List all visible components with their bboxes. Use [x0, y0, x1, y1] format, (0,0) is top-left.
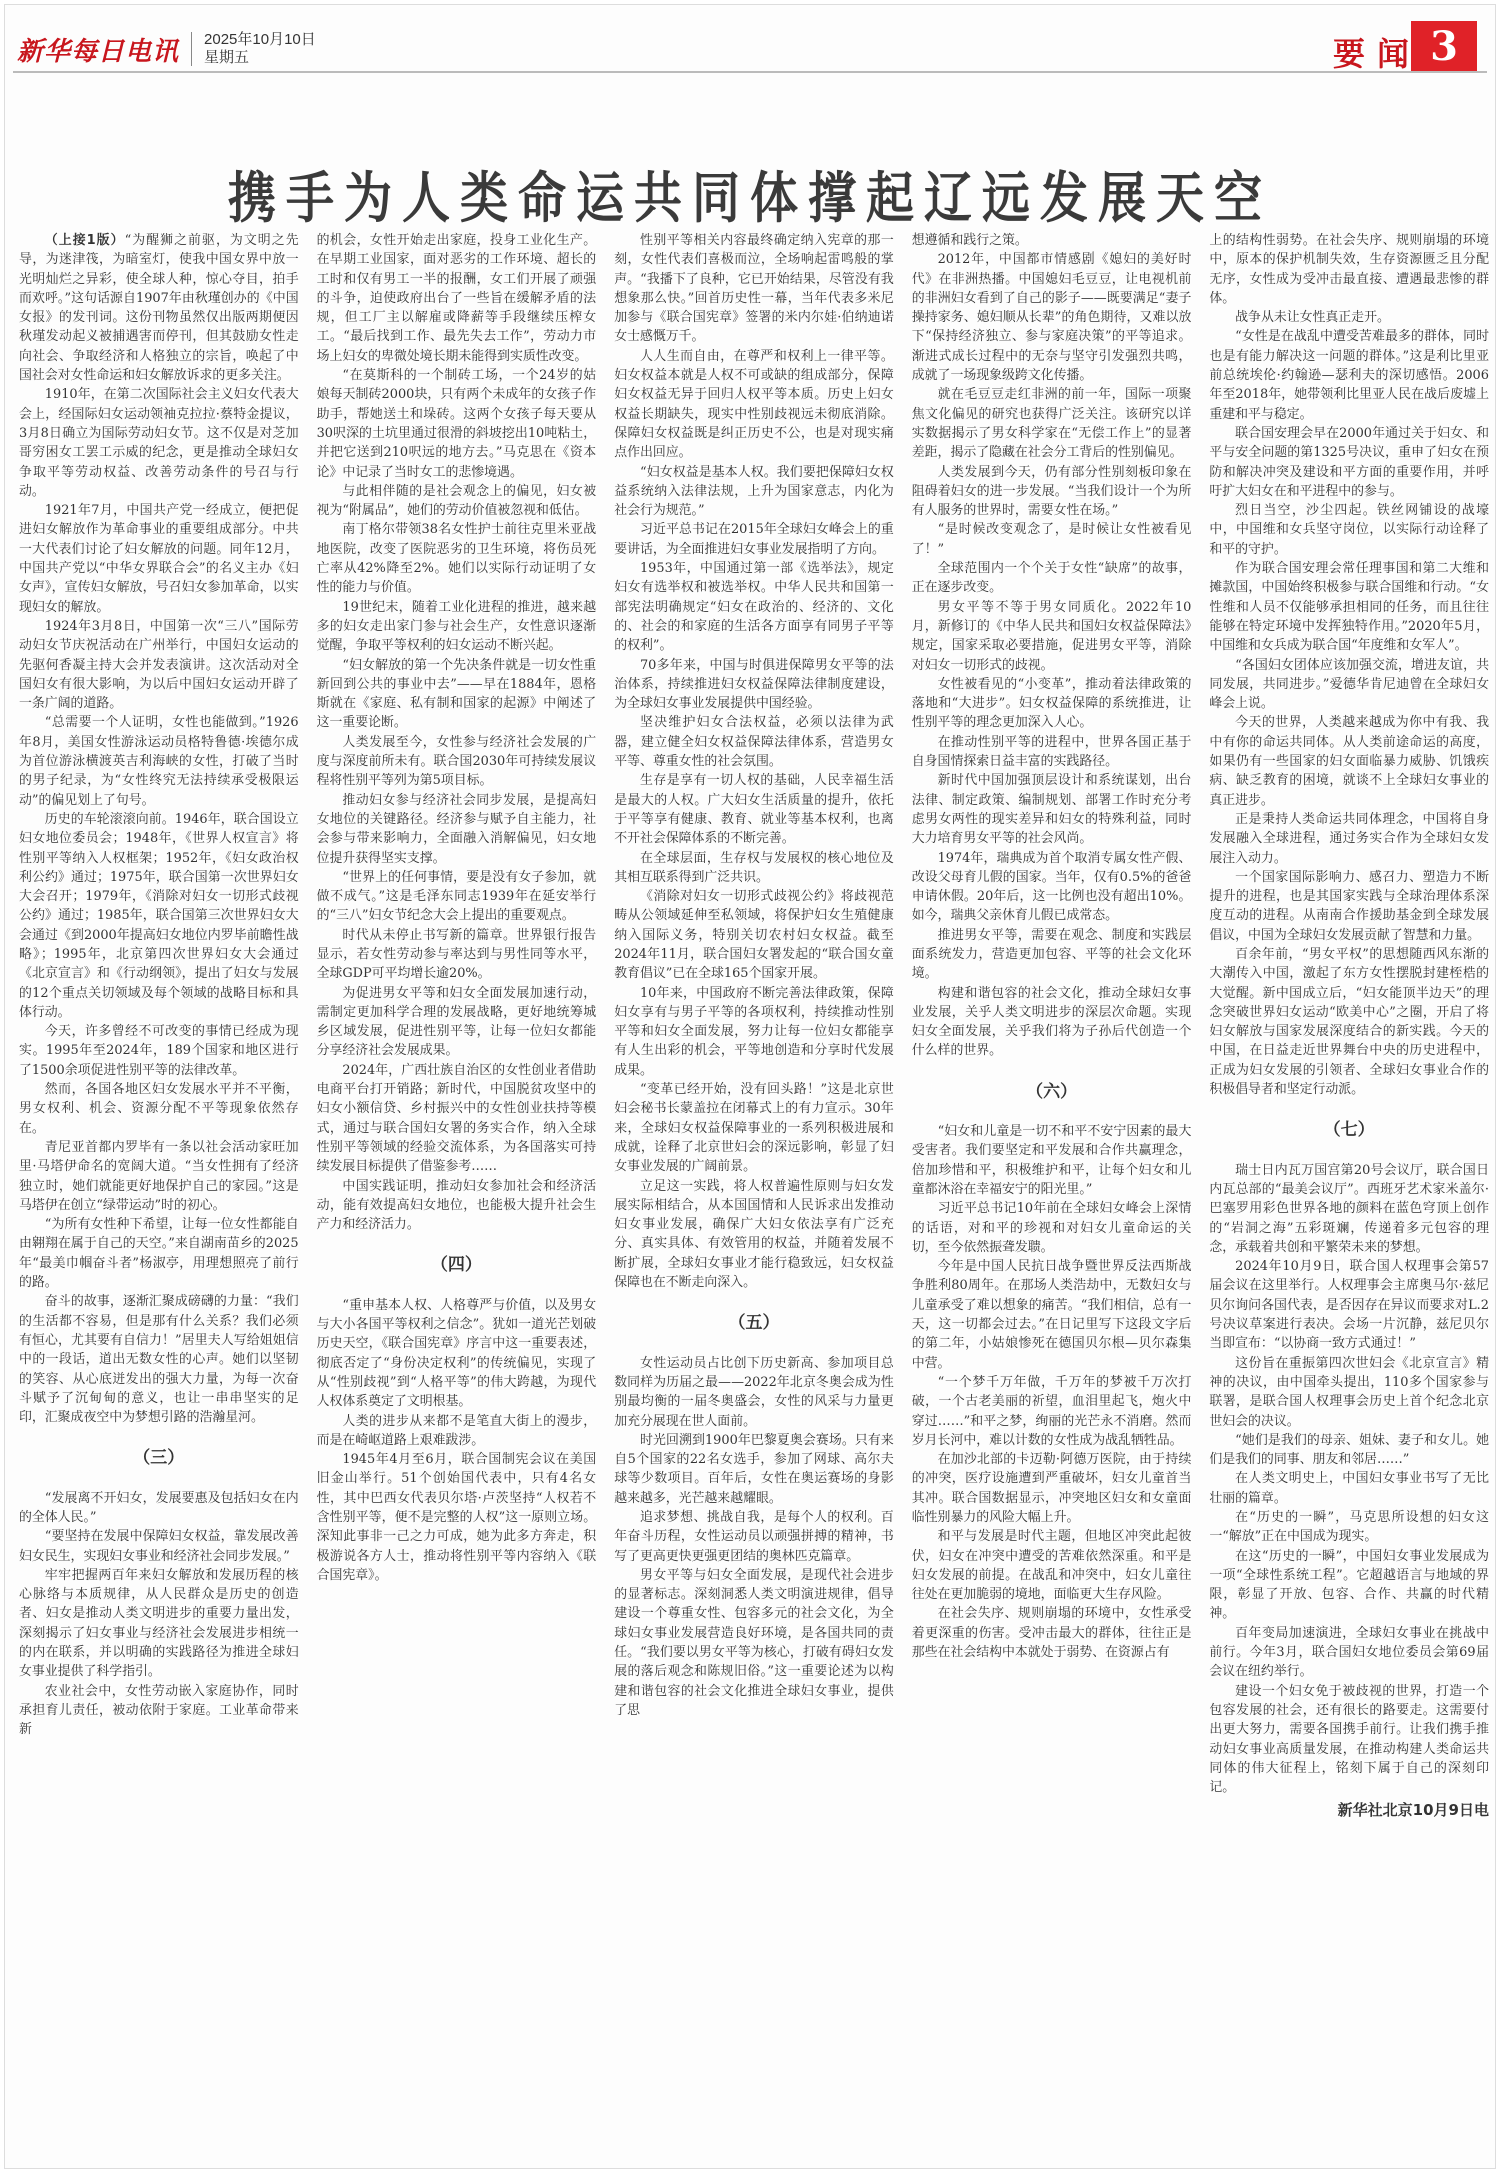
paragraph: 在推动性别平等的进程中，世界各国正基于自身国情探索日益丰富的实践路径。	[912, 733, 1192, 772]
column-5: 上的结构性弱势。在社会失序、规则崩塌的环境中，原本的保护机制失效，生存资源匮乏且…	[1209, 231, 1489, 2071]
paragraph: 生存是享有一切人权的基础，人民幸福生活是最大的人权。广大妇女生活质量的提升，依托…	[614, 771, 894, 848]
paragraph: 一个国家国际影响力、感召力、塑造力不断提升的进程，也是其国家实践与全球治理体系深…	[1209, 868, 1489, 945]
paragraph: 战争从未让女性真正走开。	[1209, 308, 1489, 327]
paragraph: 牢牢把握两百年来妇女解放和发展历程的核心脉络与本质规律，从人民群众是历史的创造者…	[19, 1566, 299, 1682]
paragraph: 1921年7月，中国共产党一经成立，便把促进妇女解放作为革命事业的重要组成部分。…	[19, 501, 299, 617]
brand-logo: 新华每日电讯	[17, 31, 179, 68]
paragraph: 正是秉持人类命运共同体理念，中国将自身发展融入全球进程，通过务实合作为全球妇女发…	[1209, 810, 1489, 868]
paragraph: 立足这一实践，将人权普遍性原则与妇女发展实际相结合，从本国国情和人民诉求出发推动…	[614, 1177, 894, 1293]
newspaper-page: 新华每日电讯 2025年10月10日 星期五 要闻 3 携手为人类命运共同体撑起…	[4, 4, 1496, 2169]
paragraph: 联合国安理会早在2000年通过关于妇女、和平与安全问题的第1325号决议，重申了…	[1209, 424, 1489, 501]
paragraph: 就在毛豆豆走红非洲的前一年，国际一项聚焦文化偏见的研究也获得广泛关注。该研究以详…	[912, 385, 1192, 462]
paragraph: 在加沙北部的卡迈勒·阿德万医院，由于持续的冲突，医疗设施遭到严重破坏，妇女儿童首…	[912, 1450, 1192, 1527]
paragraph: “重申基本人权、人格尊严与价值，以及男女与大小各国平等权利之信念”。犹如一道光芒…	[317, 1296, 597, 1412]
paragraph: 在人类文明史上，中国妇女事业书写了无比壮丽的篇章。	[1209, 1469, 1489, 1508]
paragraph: 时代从未停止书写新的篇章。世界银行报告显示，若女性劳动参与率达到与男性同等水平，…	[317, 926, 597, 984]
paragraph: “发展离不开妇女，发展要惠及包括妇女在内的全体人民。”	[19, 1489, 299, 1528]
section-title: 要闻	[1333, 29, 1421, 75]
page-headline: 携手为人类命运共同体撑起辽远发展天空	[5, 154, 1495, 233]
column-4: 想遵循和践行之策。2012年，中国都市情感剧《媳妇的美好时代》在非洲热播。中国媳…	[912, 231, 1192, 2071]
section-heading: （四）	[317, 1256, 597, 1275]
divider	[191, 32, 192, 66]
article-columns: （上接1版）“为醒狮之前驱，为文明之先导，为迷津筏，为暗室灯，使我中国女界中放一…	[19, 231, 1489, 2071]
paragraph: 然而，各国各地区妇女发展水平并不平衡，男女权利、机会、资源分配不平等现象依然存在…	[19, 1080, 299, 1138]
paragraph: 2024年10月9日，联合国人权理事会第57届会议在这里举行。人权理事会主席奥马…	[1209, 1257, 1489, 1353]
paragraph: 在社会失序、规则崩塌的环境中，女性承受着更深重的伤害。受冲击最大的群体，往往正是…	[912, 1604, 1192, 1662]
paragraph: 与此相伴随的是社会观念上的偏见，妇女被视为“附属品”，她们的劳动价值被忽视和低估…	[317, 482, 597, 521]
paragraph: 农业社会中，女性劳动嵌入家庭协作，同时承担育儿责任，被动依附于家庭。工业革命带来…	[19, 1682, 299, 1740]
section-heading: （七）	[1209, 1121, 1489, 1140]
paragraph: 2024年，广西壮族自治区的女性创业者借助电商平台打开销路；新时代，中国脱贫攻坚…	[317, 1061, 597, 1177]
paragraph: 1953年，中国通过第一部《选举法》，规定妇女有选举权和被选举权。中华人民共和国…	[614, 559, 894, 655]
paragraph: “世界上的任何事情，要是没有女子参加，就做不成气。”这是毛泽东同志1939年在延…	[317, 868, 597, 926]
paragraph: 人类的进步从来都不是笔直大街上的漫步，而是在崎岖道路上艰难跋涉。	[317, 1412, 597, 1451]
paragraph: 追求梦想、挑战自我，是每个人的权利。百年奋斗历程，女性运动员以顽强拼搏的精神，书…	[614, 1508, 894, 1566]
paragraph: 时光回溯到1900年巴黎夏奥会赛场。只有来自5个国家的22名女选手，参加了网球、…	[614, 1431, 894, 1508]
issue-date: 2025年10月10日	[204, 31, 316, 49]
paragraph: “一个梦千万年做，千万年的梦被千万次打破，一个古老美丽的祈望，血泪里起飞，炮火中…	[912, 1373, 1192, 1450]
paragraph: 烈日当空，沙尘四起。铁丝网铺设的战壕中，中国维和女兵坚守岗位，以实际行动诠释了和…	[1209, 501, 1489, 559]
paragraph: 男女平等与妇女全面发展，是现代社会进步的显著标志。深刻洞悉人类文明演进规律，倡导…	[614, 1566, 894, 1720]
paragraph: 南丁格尔带领38名女性护士前往克里米亚战地医院，改变了医院恶劣的卫生环境，将伤员…	[317, 520, 597, 597]
paragraph: 2012年，中国都市情感剧《媳妇的美好时代》在非洲热播。中国媳妇毛豆豆，让电视机…	[912, 250, 1192, 385]
paragraph: 1910年，在第二次国际社会主义妇女代表大会上，经国际妇女运动领袖克拉拉·蔡特金…	[19, 385, 299, 501]
paragraph: “妇女和儿童是一切不和平不安宁因素的最大受害者。我们要坚定和平发展和合作共赢理念…	[912, 1122, 1192, 1199]
paragraph: “妇女权益是基本人权。我们要把保障妇女权益系统纳入法律法规，上升为国家意志，内化…	[614, 463, 894, 521]
paragraph: 历史的车轮滚滚向前。1946年，联合国设立妇女地位委员会；1948年，《世界人权…	[19, 810, 299, 1022]
paragraph: 和平与发展是时代主题，但地区冲突此起彼伏，妇女在冲突中遭受的苦难依然深重。和平是…	[912, 1527, 1192, 1604]
paragraph: 构建和谐包容的社会文化，推动全球妇女事业发展，关乎人类文明进步的深层次命题。实现…	[912, 984, 1192, 1061]
issue-date-block: 2025年10月10日 星期五	[204, 31, 316, 67]
paragraph: 人人生而自由，在尊严和权利上一律平等。妇女权益本就是人权不可或缺的组成部分，保障…	[614, 347, 894, 463]
paragraph: 在“历史的一瞬”，马克思所设想的妇女这一“解放”正在中国成为现实。	[1209, 1508, 1489, 1547]
paragraph: 70多年来，中国与时俱进保障男女平等的法治体系，持续推进妇女权益保障法律制度建设…	[614, 656, 894, 714]
paragraph: 19世纪末，随着工业化进程的推进，越来越多的妇女走出家门参与社会生产，女性意识逐…	[317, 598, 597, 656]
paragraph: 作为联合国安理会常任理事国和第二大维和摊款国，中国始终积极参与联合国维和行动。“…	[1209, 559, 1489, 655]
paragraph: 为促进男女平等和妇女全面发展加速行动，需制定更加科学合理的发展战略，更好地统筹城…	[317, 984, 597, 1061]
column-3: 性别平等相关内容最终确定纳入宪章的那一刻，女性代表们喜极而泣，全场响起雷鸣般的掌…	[614, 231, 894, 2071]
paragraph: 1924年3月8日，中国第一次“三八”国际劳动妇女节庆祝活动在广州举行，中国妇女…	[19, 617, 299, 713]
paragraph: 瑞士日内瓦万国宫第20号会议厅，联合国日内瓦总部的“最美会议厅”。西班牙艺术家米…	[1209, 1161, 1489, 1257]
paragraph: 全球范围内一个个关于女性“缺席”的故事，正在逐步改变。	[912, 559, 1192, 598]
paragraph: 习近平总书记10年前在全球妇女峰会上深情的话语，对和平的珍视和对妇女儿童命运的关…	[912, 1199, 1192, 1257]
paragraph: 习近平总书记在2015年全球妇女峰会上的重要讲话，为全面推进妇女事业发展指明了方…	[614, 520, 894, 559]
paragraph: “变革已经开始，没有回头路！”这是北京世妇会秘书长蒙盖拉在闭幕式上的有力宣示。3…	[614, 1080, 894, 1176]
paragraph: 百年变局加速演进，全球妇女事业在挑战中前行。今年3月，联合国妇女地位委员会第69…	[1209, 1624, 1489, 1682]
paragraph: 今年是中国人民抗日战争暨世界反法西斯战争胜利80周年。在那场人类浩劫中，无数妇女…	[912, 1257, 1192, 1373]
paragraph: “女性是在战乱中遭受苦难最多的群体，同时也是有能力解决这一问题的群体。”这是利比…	[1209, 327, 1489, 423]
paragraph: 百余年前，“男女平权”的思想随西风东渐的大潮传入中国，激起了东方女性摆脱封建桎梏…	[1209, 945, 1489, 1099]
dateline: 新华社北京10月9日电	[1209, 1801, 1489, 1820]
paragraph: 在全球层面，生存权与发展权的核心地位及其相互联系得到广泛共识。	[614, 849, 894, 888]
paragraph: “她们是我们的母亲、姐妹、妻子和女儿。她们是我们的同事、朋友和邻居……”	[1209, 1431, 1489, 1470]
paragraph: 1974年，瑞典成为首个取消专属女性产假、改设父母育儿假的国家。当年，仅有0.5…	[912, 849, 1192, 926]
section-heading: （五）	[614, 1314, 894, 1333]
paragraph: “为所有女性种下希望，让每一位女性都能自由翱翔在属于自己的天空。”来自湖南苗乡的…	[19, 1215, 299, 1292]
section-heading: （三）	[19, 1449, 299, 1468]
paragraph: 上的结构性弱势。在社会失序、规则崩塌的环境中，原本的保护机制失效，生存资源匮乏且…	[1209, 231, 1489, 308]
paragraph: 在这“历史的一瞬”，中国妇女事业发展成为一项“全球性系统工程”。它超越语言与地域…	[1209, 1547, 1489, 1624]
paragraph: 想遵循和践行之策。	[912, 231, 1192, 250]
paragraph: 建设一个妇女免于被歧视的世界，打造一个包容发展的社会，还有很长的路要走。这需要付…	[1209, 1682, 1489, 1798]
paragraph: 10年来，中国政府不断完善法律政策，保障妇女享有与男子平等的各项权利，持续推动性…	[614, 984, 894, 1080]
paragraph: 推进男女平等，需要在观念、制度和实践层面系统发力，营造更加包容、平等的社会文化环…	[912, 926, 1192, 984]
paragraph: “各国妇女团体应该加强交流，增进友谊，共同发展，共同进步。”爱德华肯尼迪曾在全球…	[1209, 656, 1489, 714]
paragraph: 中国实践证明，推动妇女参加社会和经济活动，能有效提高妇女地位，也能极大提升社会生…	[317, 1177, 597, 1235]
paragraph: “在莫斯科的一个制砖工场，一个24岁的姑娘每天制砖2000块，只有两个未成年的女…	[317, 366, 597, 482]
paragraph: 坚决维护妇女合法权益，必须以法律为武器，建立健全妇女权益保障法律体系，营造男女平…	[614, 713, 894, 771]
paragraph: 今天的世界，人类越来越成为你中有我、我中有你的命运共同体。从人类前途命运的高度，…	[1209, 713, 1489, 809]
paragraph: “是时候改变观念了，是时候让女性被看见了！”	[912, 520, 1192, 559]
paragraph: 《消除对妇女一切形式歧视公约》将歧视范畴从公领域延伸至私领域，将保护妇女生殖健康…	[614, 887, 894, 983]
paragraph: 奋斗的故事，逐渐汇聚成磅礴的力量：“我们的生活都不容易，但是那有什么关系？我们必…	[19, 1292, 299, 1427]
paragraph: 的机会，女性开始走出家庭，投身工业化生产。在早期工业国家，面对恶劣的工作环境、超…	[317, 231, 597, 366]
paragraph: 性别平等相关内容最终确定纳入宪章的那一刻，女性代表们喜极而泣，全场响起雷鸣般的掌…	[614, 231, 894, 347]
paragraph: 女性被看见的“小变革”，推动着法律政策的落地和“大进步”。妇女权益保障的系统推进…	[912, 675, 1192, 733]
paragraph: （上接1版）“为醒狮之前驱，为文明之先导，为迷津筏，为暗室灯，使我中国女界中放一…	[19, 231, 299, 385]
paragraph: 青尼亚首都内罗毕有一条以社会活动家旺加里·马塔伊命名的宽阔大道。“当女性拥有了经…	[19, 1138, 299, 1215]
column-2: 的机会，女性开始走出家庭，投身工业化生产。在早期工业国家，面对恶劣的工作环境、超…	[317, 231, 597, 2071]
paragraph: 1945年4月至6月，联合国制宪会议在美国旧金山举行。51个创始国代表中，只有4…	[317, 1450, 597, 1585]
paragraph: 男女平等不等于男女同质化。2022年10月，新修订的《中华人民共和国妇女权益保障…	[912, 598, 1192, 675]
column-1: （上接1版）“为醒狮之前驱，为文明之先导，为迷津筏，为暗室灯，使我中国女界中放一…	[19, 231, 299, 2071]
paragraph: “要坚持在发展中保障妇女权益，靠发展改善妇女民生，实现妇女事业和经济社会同步发展…	[19, 1527, 299, 1566]
paragraph: 新时代中国加强顶层设计和系统谋划，出台法律、制定政策、编制规划、部署工作时充分考…	[912, 771, 1192, 848]
paragraph: “总需要一个人证明，女性也能做到。”1926年8月，美国女性游泳运动员格特鲁德·…	[19, 713, 299, 809]
paragraph: 女性运动员占比创下历史新高、参加项目总数同样为历届之最——2022年北京冬奥会成…	[614, 1354, 894, 1431]
paragraph: 人类发展到今天，仍有部分性别刻板印象在阻碍着妇女的进一步发展。“当我们设计一个为…	[912, 463, 1192, 521]
continuation-marker: （上接1版）	[45, 233, 125, 248]
paragraph: 今天，许多曾经不可改变的事情已经成为现实。1995年至2024年，189个国家和…	[19, 1022, 299, 1080]
section-heading: （六）	[912, 1083, 1192, 1102]
paragraph: “妇女解放的第一个先决条件就是一切女性重新回到公共的事业中去”——早在1884年…	[317, 656, 597, 733]
page-number-badge: 3	[1411, 21, 1477, 71]
header-rule	[13, 71, 1487, 73]
masthead: 新华每日电讯 2025年10月10日 星期五	[17, 29, 316, 69]
paragraph: 这份旨在重振第四次世妇会《北京宣言》精神的决议，由中国牵头提出，110多个国家参…	[1209, 1354, 1489, 1431]
paragraph: 人类发展至今，女性参与经济社会发展的广度与深度前所未有。联合国2030年可持续发…	[317, 733, 597, 791]
paragraph: 推动妇女参与经济社会同步发展，是提高妇女地位的关键路径。经济参与赋予自主能力，社…	[317, 791, 597, 868]
issue-weekday: 星期五	[204, 49, 316, 67]
